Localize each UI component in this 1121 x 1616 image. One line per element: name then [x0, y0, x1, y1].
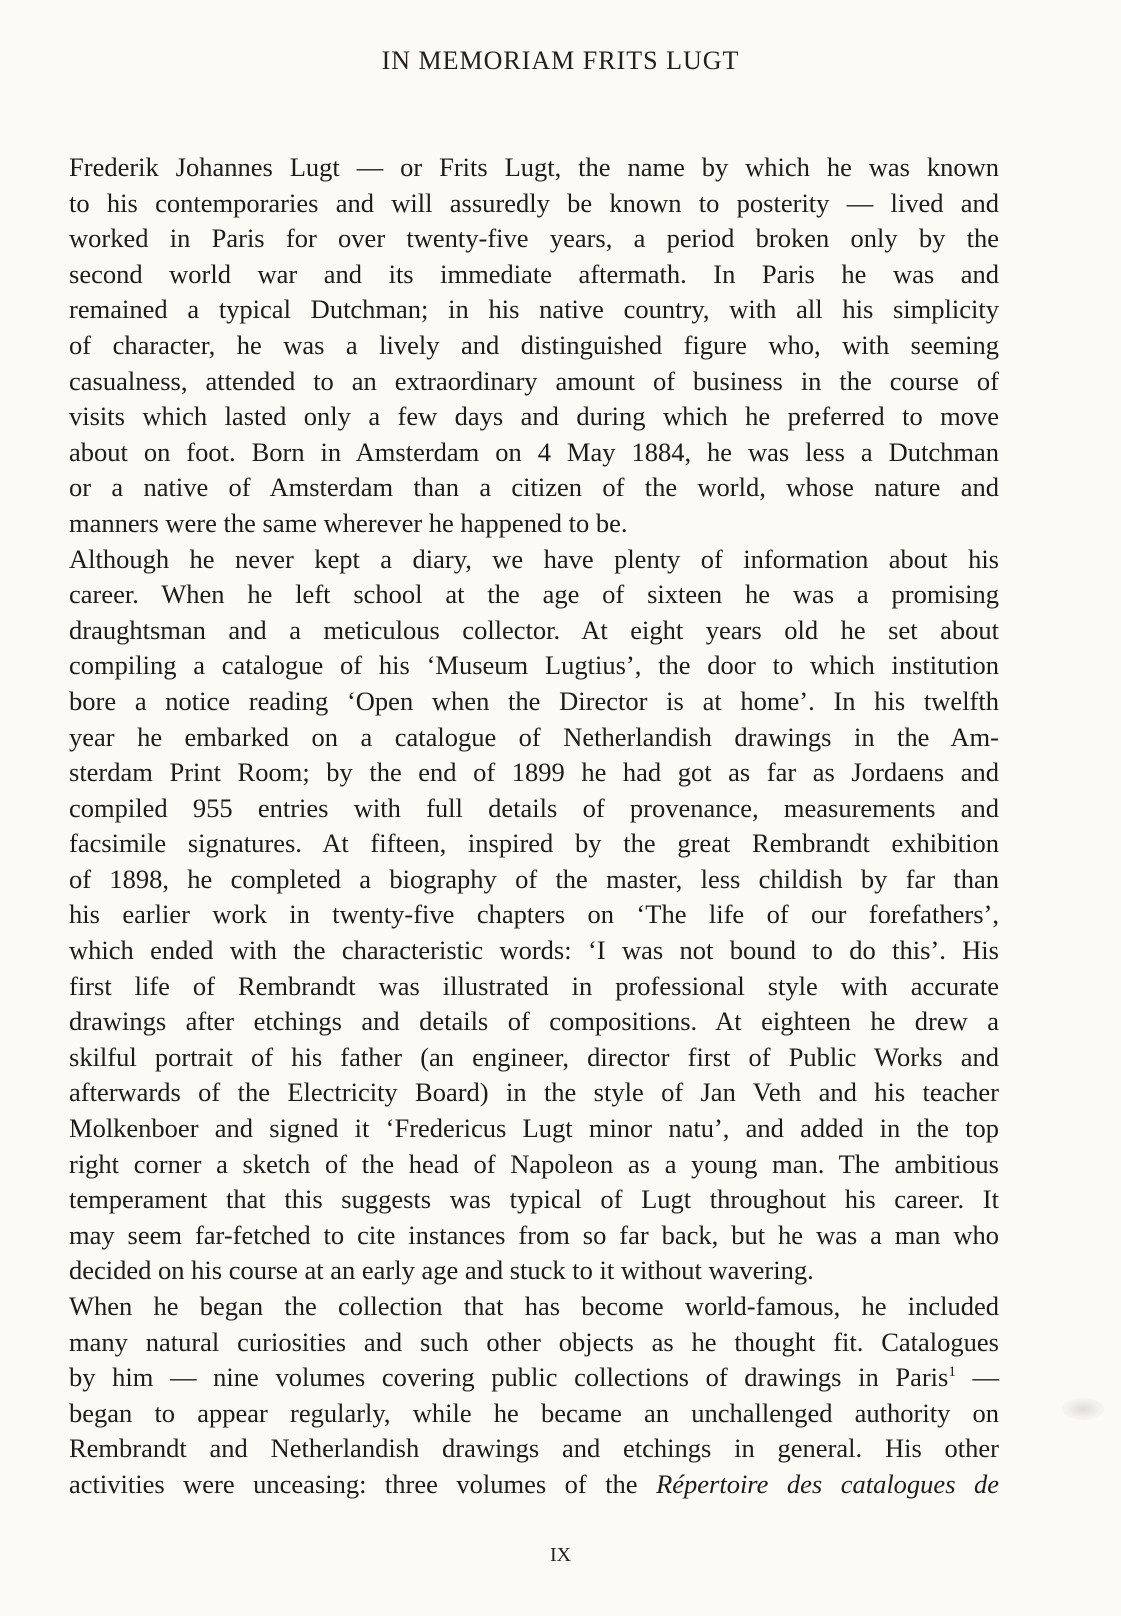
page-number: IX: [0, 1543, 1121, 1567]
text-segment: —: [956, 1362, 999, 1392]
text-line: to his contemporaries and will assuredly…: [69, 186, 999, 222]
text-line: Although he never kept a diary, we have …: [69, 542, 999, 578]
text-line: year he embarked on a catalogue of Nethe…: [69, 720, 999, 756]
text-line: compiling a catalogue of his ‘Museum Lug…: [69, 648, 999, 684]
text-line: his earlier work in twenty-five chapters…: [69, 897, 999, 933]
text-line: Frederik Johannes Lugt — or Frits Lugt, …: [69, 150, 999, 186]
footnote-reference[interactable]: 1: [948, 1364, 956, 1380]
text-line: or a native of Amsterdam than a citizen …: [69, 470, 999, 506]
body-text: Frederik Johannes Lugt — or Frits Lugt, …: [69, 150, 999, 1503]
text-line: facsimile signatures. At fifteen, inspir…: [69, 826, 999, 862]
text-line-with-footnote: by him — nine volumes covering public co…: [69, 1360, 999, 1396]
text-line: visits which lasted only a few days and …: [69, 399, 999, 435]
text-line: draughtsman and a meticulous collector. …: [69, 613, 999, 649]
text-line: decided on his course at an early age an…: [69, 1253, 999, 1289]
text-line: worked in Paris for over twenty-five yea…: [69, 221, 999, 257]
text-line: remained a typical Dutchman; in his nati…: [69, 292, 999, 328]
text-line: afterwards of the Electricity Board) in …: [69, 1075, 999, 1111]
text-line-with-italic: activities were unceasing: three volumes…: [69, 1467, 999, 1503]
text-line: right corner a sketch of the head of Nap…: [69, 1147, 999, 1183]
text-line: sterdam Print Room; by the end of 1899 h…: [69, 755, 999, 791]
text-line: of 1898, he completed a biography of the…: [69, 862, 999, 898]
text-line: compiled 955 entries with full details o…: [69, 791, 999, 827]
text-line: about on foot. Born in Amsterdam on 4 Ma…: [69, 435, 999, 471]
text-line: casualness, attended to an extraordinary…: [69, 364, 999, 400]
text-line: which ended with the characteristic word…: [69, 933, 999, 969]
text-line: temperament that this suggests was typic…: [69, 1182, 999, 1218]
text-line: Rembrandt and Netherlandish drawings and…: [69, 1431, 999, 1467]
text-line: skilful portrait of his father (an engin…: [69, 1040, 999, 1076]
text-line: began to appear regularly, while he beca…: [69, 1396, 999, 1432]
text-line: first life of Rembrandt was illustrated …: [69, 969, 999, 1005]
text-line: many natural curiosities and such other …: [69, 1325, 999, 1361]
text-segment: by him — nine volumes covering public co…: [69, 1362, 948, 1392]
text-line: bore a notice reading ‘Open when the Dir…: [69, 684, 999, 720]
running-head: IN MEMORIAM FRITS LUGT: [0, 44, 1121, 78]
text-line: drawings after etchings and details of c…: [69, 1004, 999, 1040]
text-line: Molkenboer and signed it ‘Fredericus Lug…: [69, 1111, 999, 1147]
text-line: of character, he was a lively and distin…: [69, 328, 999, 364]
text-line: When he began the collection that has be…: [69, 1289, 999, 1325]
text-line: may seem far-fetched to cite instances f…: [69, 1218, 999, 1254]
scan-smudge: [1062, 1398, 1104, 1420]
text-line: career. When he left school at the age o…: [69, 577, 999, 613]
text-line: manners were the same wherever he happen…: [69, 506, 999, 542]
text-segment: activities were unceasing: three volumes…: [69, 1469, 656, 1499]
text-line: second world war and its immediate after…: [69, 257, 999, 293]
italic-title: Répertoire des catalogues de: [656, 1469, 999, 1499]
